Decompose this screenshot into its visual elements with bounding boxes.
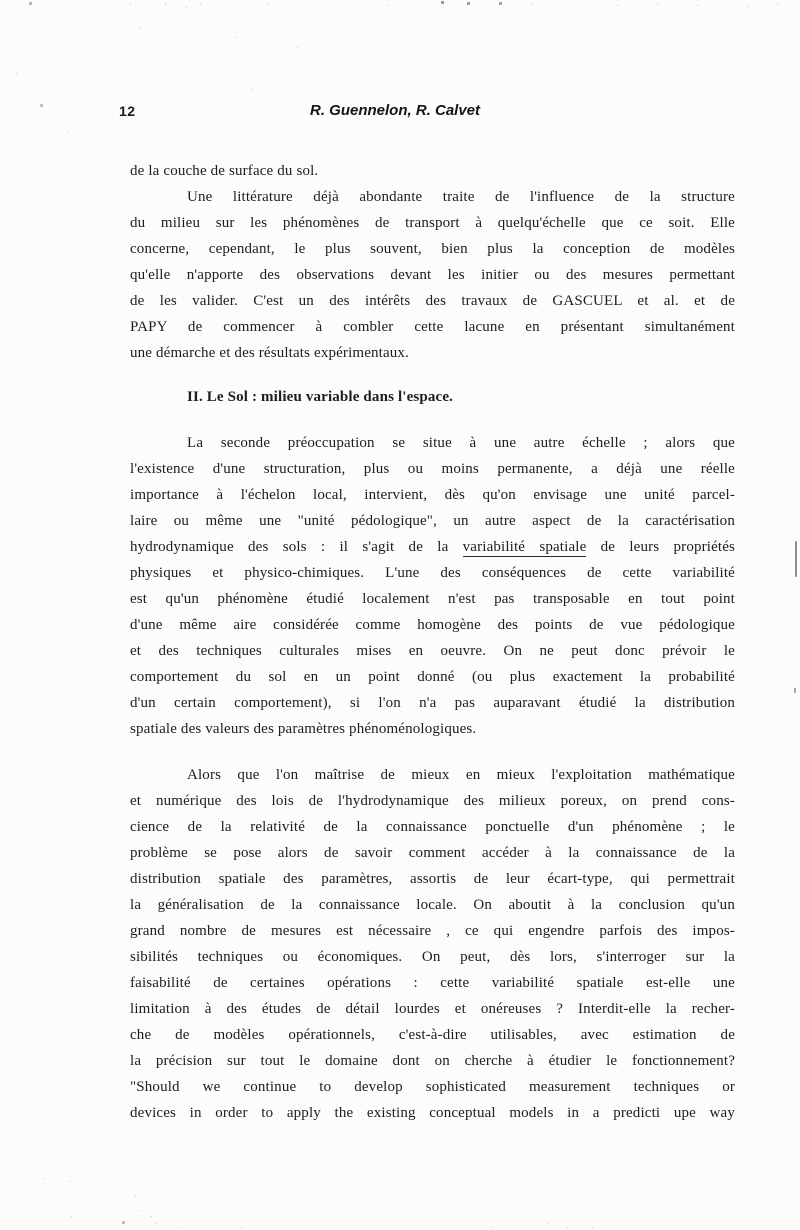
- text-line: et des techniques culturales mises en oe…: [130, 638, 735, 664]
- text-line: est qu'un phénomène étudié localement n'…: [130, 586, 735, 612]
- text-line: physiques et physico-chimiques. L'une de…: [130, 560, 735, 586]
- text-line: spatiale des valeurs des paramètres phén…: [130, 716, 735, 742]
- text-line: d'une même aire considérée comme homogèn…: [130, 612, 735, 638]
- text-line: faisabilité de certaines opérations : ce…: [130, 970, 735, 996]
- scan-margin-mark: [795, 541, 797, 577]
- text-column: de la couche de surface du sol.Une litté…: [130, 158, 735, 1126]
- text-line: de les valider. C'est un des intérêts de…: [130, 288, 735, 314]
- page: 12 R. Guennelon, R. Calvet de la couche …: [0, 0, 800, 1230]
- text-segment: hydrodynamique des sols : il s'agit de l…: [130, 539, 463, 555]
- text-line: PAPY de commencer à combler cette lacune…: [130, 314, 735, 340]
- text-line: limitation à des études de détail lourde…: [130, 996, 735, 1022]
- text-line: concerne, cependant, le plus souvent, bi…: [130, 236, 735, 262]
- paragraph: de la couche de surface du sol.Une litté…: [130, 158, 735, 366]
- underlined-term: variabilité spatiale: [463, 539, 587, 557]
- text-line: devices in order to apply the existing c…: [130, 1100, 735, 1126]
- text-line: d'un certain comportement), si l'on n'a …: [130, 690, 735, 716]
- text-line: de la couche de surface du sol.: [130, 158, 735, 184]
- section-heading: II. Le Sol : milieu variable dans l'espa…: [187, 384, 735, 410]
- text-line: laire ou même une "unité pédologique", u…: [130, 508, 735, 534]
- text-segment: de leurs propriétés: [586, 539, 735, 555]
- text-line: "Should we continue to develop sophistic…: [130, 1074, 735, 1100]
- text-line: qu'elle n'apporte des observations devan…: [130, 262, 735, 288]
- text-line: Alors que l'on maîtrise de mieux en mieu…: [130, 762, 735, 788]
- text-line: et numérique des lois de l'hydrodynamiqu…: [130, 788, 735, 814]
- text-line: du milieu sur les phénomènes de transpor…: [130, 210, 735, 236]
- paragraph: La seconde préoccupation se situe à une …: [130, 430, 735, 742]
- text-line: grand nombre de mesures est nécessaire ,…: [130, 918, 735, 944]
- text-line: importance à l'échelon local, intervient…: [130, 482, 735, 508]
- text-line: Une littérature déjà abondante traite de…: [130, 184, 735, 210]
- text-line: l'existence d'une structuration, plus ou…: [130, 456, 735, 482]
- text-line: la généralisation de la connaissance loc…: [130, 892, 735, 918]
- scan-margin-dot: [794, 688, 796, 693]
- paragraph: Alors que l'on maîtrise de mieux en mieu…: [130, 762, 735, 1126]
- running-title: R. Guennelon, R. Calvet: [0, 102, 790, 119]
- text-line: une démarche et des résultats expériment…: [130, 340, 735, 366]
- text-line: comportement du sol en un point donné (o…: [130, 664, 735, 690]
- text-line: La seconde préoccupation se situe à une …: [130, 430, 735, 456]
- text-line: hydrodynamique des sols : il s'agit de l…: [130, 534, 735, 560]
- text-line: cience de la relativité de la connaissan…: [130, 814, 735, 840]
- text-line: distribution spatiale des paramètres, as…: [130, 866, 735, 892]
- scan-speckles: [0, 0, 1, 1]
- text-line: problème se pose alors de savoir comment…: [130, 840, 735, 866]
- text-line: la précision sur tout le domaine dont on…: [130, 1048, 735, 1074]
- text-line: che de modèles opérationnels, c'est-à-di…: [130, 1022, 735, 1048]
- text-line: sibilités techniques ou économiques. On …: [130, 944, 735, 970]
